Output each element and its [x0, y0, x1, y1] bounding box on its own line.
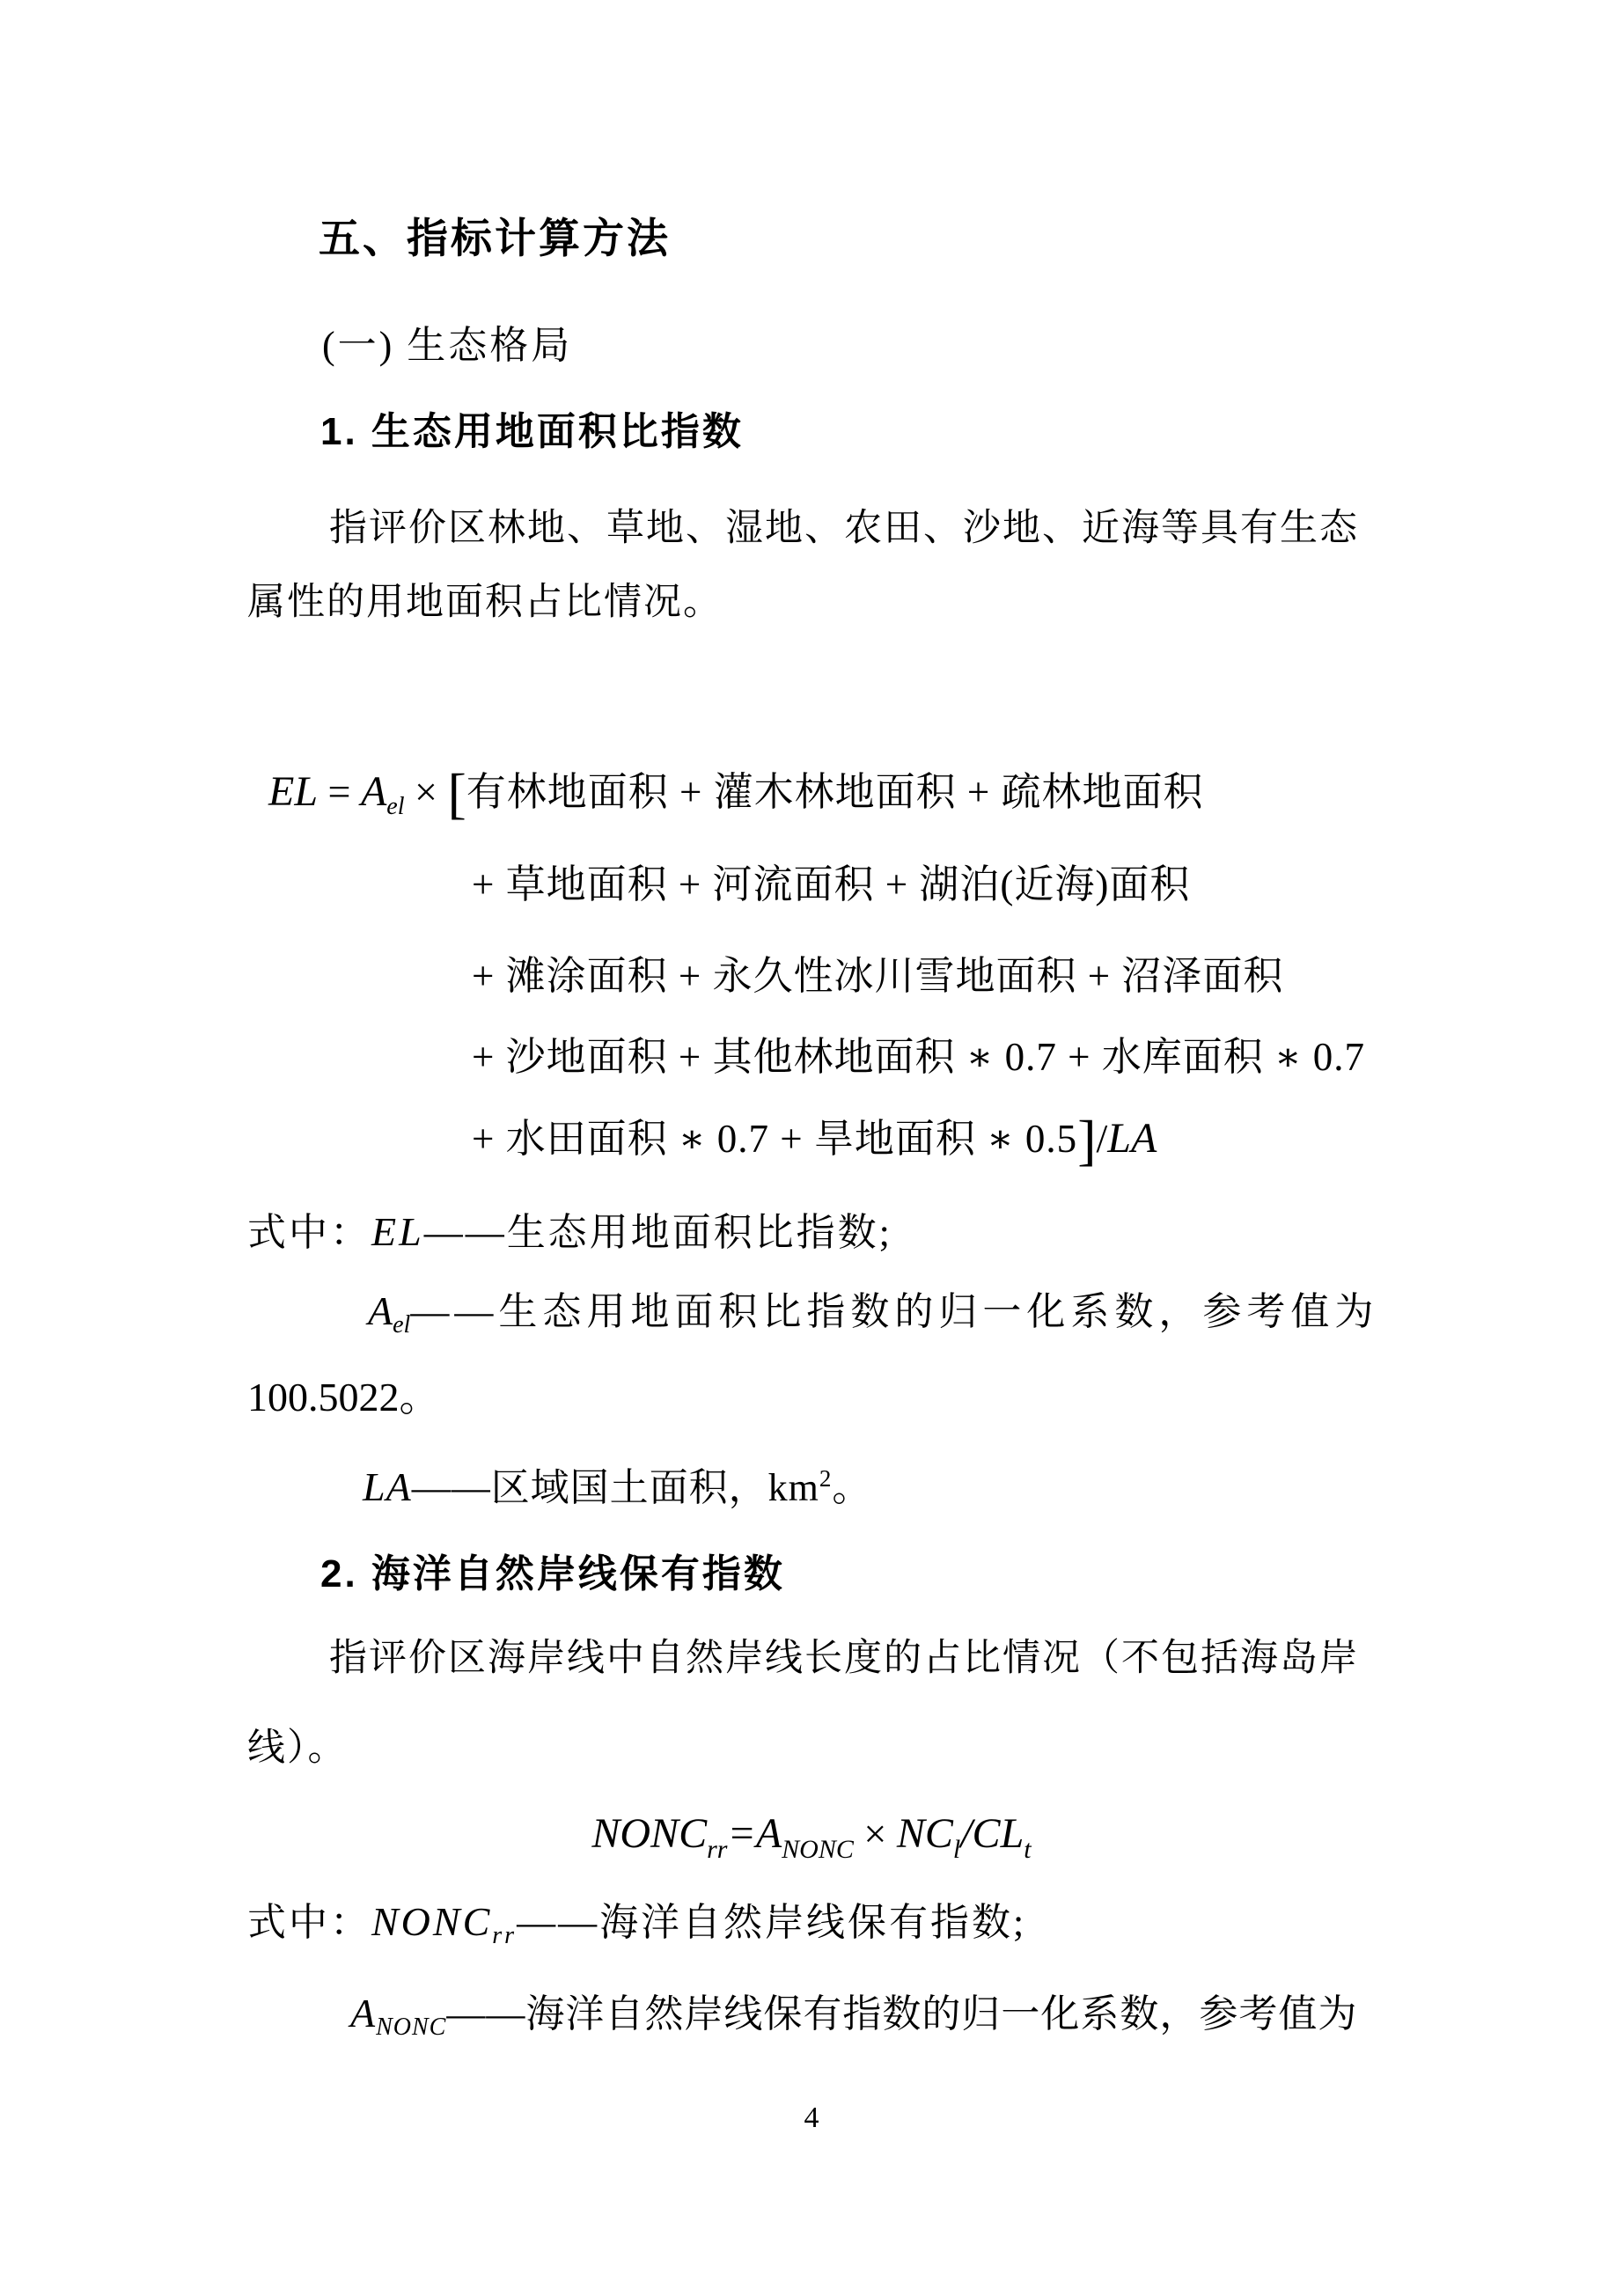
formula-el-coef: A: [361, 768, 386, 815]
where-label-1: 式中：: [247, 1211, 371, 1254]
term-anonc-line: ANONC——海洋自然岸线保有指数的归一化系数，参考值为: [350, 1991, 1357, 2037]
formula-nonc-t2-sub: NONC: [782, 1835, 854, 1864]
term-la-symbol: LA: [363, 1464, 412, 1509]
formula-el-close-bracket: ]: [1077, 1109, 1096, 1171]
formula-nonc-times: ×: [854, 1811, 897, 1856]
term-anonc-desc: ——海洋自然岸线保有指数的归一化系数，参考值为: [446, 1992, 1357, 2036]
indicator-2-heading: 2. 海洋自然岸线保有指数: [320, 1552, 785, 1597]
formula-nonc-t4: CL: [973, 1810, 1024, 1857]
term-ael-value: 100.5022。: [247, 1375, 440, 1421]
formula-el-equals: =: [318, 769, 361, 814]
formula-el-row-5: + 水田面积 ∗ 0.7 + 旱地面积 ∗ 0.5: [472, 1117, 1077, 1161]
formula-el-open-bracket: [: [447, 762, 466, 825]
where-clause-2: 式中：NONCrr——海洋自然岸线保有指数;: [247, 1899, 1026, 1946]
formula-el-denominator: LA: [1107, 1115, 1157, 1162]
term-la-desc: ——区域国土面积，km: [412, 1466, 819, 1509]
term-el-symbol: EL: [371, 1209, 424, 1254]
formula-nonc-t3: NC: [897, 1810, 953, 1857]
term-anonc-symbol: A: [350, 1991, 376, 2036]
term-ael-line: Ael——生态用地面积比指数的归一化系数，参考值为: [368, 1288, 1378, 1335]
indicator-2-desc-line-2: 线）。: [247, 1727, 348, 1770]
indicator-2-desc-line-1: 指评价区海岸线中自然岸线长度的占比情况（不包括海岛岸: [329, 1637, 1359, 1680]
formula-el-slash: /: [1097, 1116, 1108, 1161]
term-el-desc: ——生态用地面积比指数;: [424, 1211, 892, 1254]
indicator-1-heading: 1. 生态用地面积比指数: [320, 410, 744, 455]
subsection-title: (一) 生态格局: [322, 324, 572, 369]
term-la-tail: 。: [832, 1466, 871, 1509]
formula-nonc-equals: =: [727, 1810, 755, 1857]
term-ael-desc: ——生态用地面积比指数的归一化系数，参考值为: [410, 1290, 1378, 1333]
formula-el-row-2: + 草地面积 + 河流面积 + 湖泊(近海)面积: [472, 862, 1190, 908]
formula-el-row-4: + 沙地面积 + 其他林地面积 ∗ 0.7 + 水库面积 ∗ 0.7: [472, 1035, 1365, 1081]
formula-el-line-5: + 水田面积 ∗ 0.7 + 旱地面积 ∗ 0.5]/LA: [472, 1114, 1157, 1163]
formula-el-coef-sub: el: [386, 793, 404, 820]
term-noncrr-desc: ——海洋自然岸线保有指数;: [517, 1901, 1026, 1944]
term-anonc-sub: NONC: [376, 2014, 446, 2041]
formula-nonc-t2: A: [756, 1810, 782, 1857]
term-la-superscript: 2: [819, 1465, 833, 1492]
formula-nonc: NONCrr=ANONC × NCl/CLt: [0, 1809, 1623, 1858]
section-title: 五、指标计算方法: [319, 215, 671, 262]
term-ael-symbol: A: [368, 1288, 393, 1333]
indicator-1-desc-line-2: 属性的用地面积占比情况。: [247, 581, 723, 624]
formula-nonc-t4-sub: t: [1024, 1835, 1031, 1864]
term-noncrr-symbol: NONC: [371, 1899, 492, 1944]
formula-el-line-1: EL = Ael × [有林地面积 + 灌木林地面积 + 疏林地面积: [268, 767, 1204, 816]
where-label-2: 式中：: [247, 1901, 371, 1944]
term-noncrr-sub: rr: [492, 1922, 517, 1949]
formula-nonc-slash: /: [960, 1810, 972, 1857]
formula-nonc-t3-sub: l: [953, 1835, 960, 1864]
indicator-1-desc-line-1: 指评价区林地、草地、湿地、农田、沙地、近海等具有生态: [329, 507, 1359, 550]
document-page: 五、指标计算方法 (一) 生态格局 1. 生态用地面积比指数 指评价区林地、草地…: [0, 0, 1623, 2296]
formula-el-lhs: EL: [268, 768, 318, 815]
formula-el-row-3: + 滩涂面积 + 永久性冰川雪地面积 + 沼泽面积: [472, 954, 1283, 1000]
formula-el-row-1: 有林地面积 + 灌木林地面积 + 疏林地面积: [466, 770, 1204, 814]
formula-nonc-t1: NONC: [591, 1810, 707, 1857]
term-ael-sub: el: [393, 1311, 410, 1339]
formula-el-times: ×: [405, 769, 448, 814]
page-number: 4: [0, 2102, 1623, 2135]
formula-nonc-t1-sub: rr: [707, 1835, 727, 1864]
term-la-line: LA——区域国土面积，km2。: [363, 1464, 871, 1511]
where-clause-1: 式中：EL——生态用地面积比指数;: [247, 1209, 892, 1256]
